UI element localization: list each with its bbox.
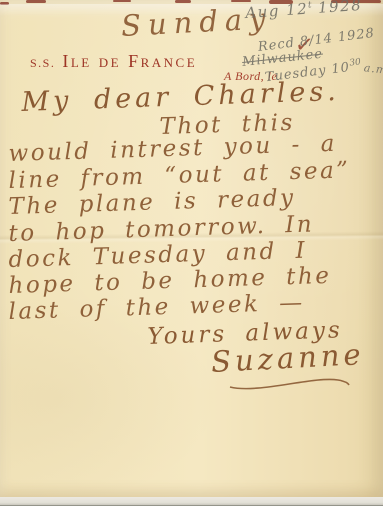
scan-artifact bbox=[26, 0, 46, 3]
ship-name: Ile de France bbox=[62, 51, 197, 71]
scan-artifact bbox=[175, 0, 191, 3]
signature-flourish bbox=[228, 374, 352, 394]
pencil-date-sup: t bbox=[308, 0, 312, 10]
scan-background bbox=[0, 497, 383, 506]
ship-prefix: S.S. bbox=[30, 56, 55, 70]
pencil-date: Aug 12t 1928 bbox=[245, 0, 363, 22]
pencil-date-main: Aug 12 bbox=[245, 0, 309, 22]
letterhead: S.S.Ile de France bbox=[30, 51, 197, 72]
pencil-meridiem: a.m bbox=[363, 61, 383, 77]
letter-paper: S.S.Ile de France A Bord, le Sunday Aug … bbox=[0, 0, 383, 499]
scanned-letter-page: S.S.Ile de France A Bord, le Sunday Aug … bbox=[0, 0, 383, 506]
pencil-time-sup: 30 bbox=[349, 57, 362, 68]
signature: Suzanne bbox=[210, 337, 365, 379]
scan-artifact bbox=[113, 0, 131, 2]
